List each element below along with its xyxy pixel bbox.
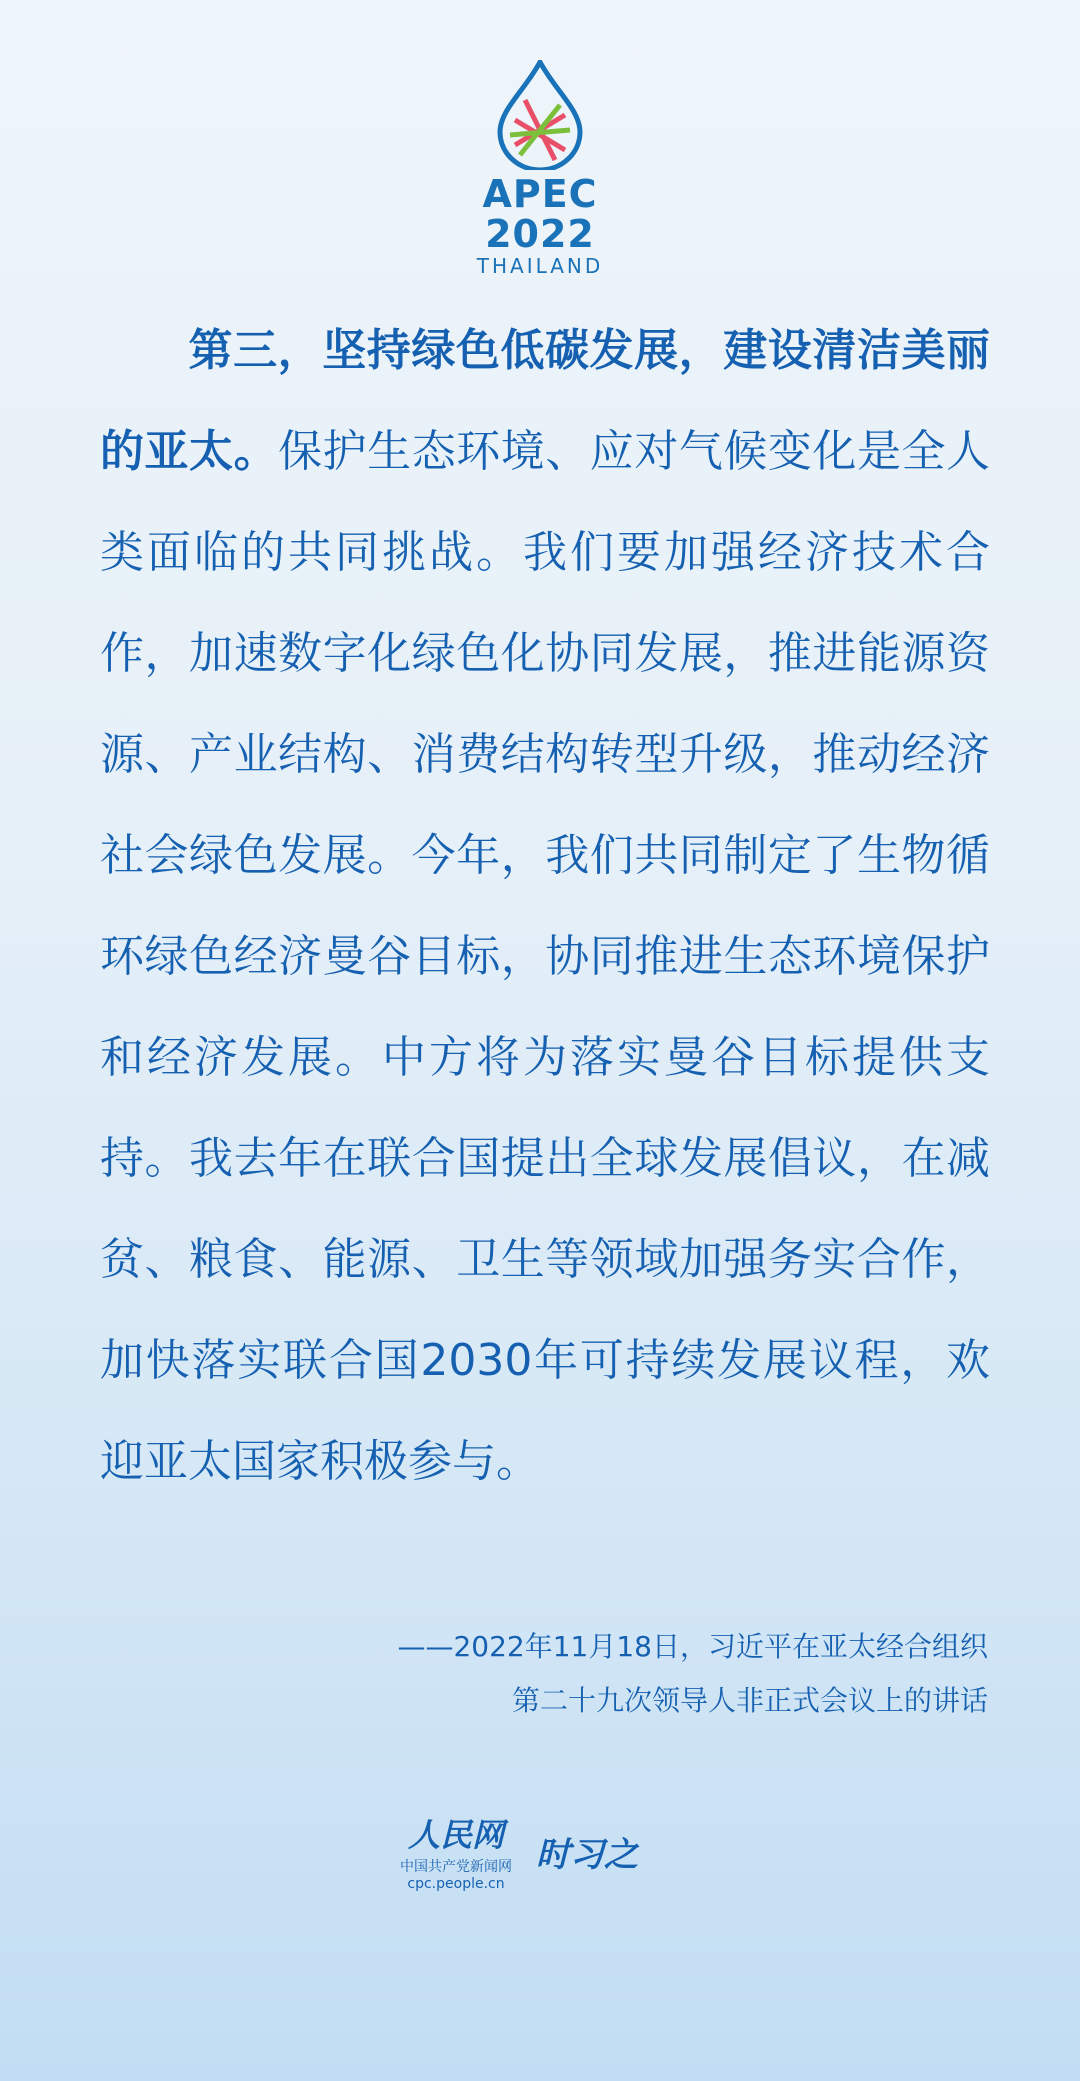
quote-source: ——2022年11月18日，习近平在亚太经合组织 第二十九次领导人非正式会议上的…: [397, 1620, 988, 1728]
people-cn: 人民网: [400, 1810, 512, 1856]
apec-subtitle: THAILAND: [440, 254, 640, 278]
source-line-2: 第二十九次领导人非正式会议上的讲话: [397, 1674, 988, 1728]
people-url: cpc.people.cn: [400, 1876, 512, 1892]
apec-title: APEC 2022: [440, 174, 640, 254]
people-logo: 人民网 中国共产党新闻网 cpc.people.cn: [400, 1810, 512, 1892]
brand-logo: 时习之: [536, 1827, 638, 1876]
apec-drop-icon: [495, 60, 585, 170]
quote-body: 第三，坚持绿色低碳发展，建设清洁美丽的亚太。保护生态环境、应对气候变化是全人类面…: [100, 300, 990, 1512]
apec-logo: APEC 2022 THAILAND: [440, 60, 640, 278]
footer-logos: 人民网 中国共产党新闻网 cpc.people.cn 时习之: [400, 1810, 638, 1892]
source-line-1: ——2022年11月18日，习近平在亚太经合组织: [397, 1620, 988, 1674]
quote-text: 保护生态环境、应对气候变化是全人类面临的共同挑战。我们要加强经济技术合作，加速数…: [100, 426, 990, 1487]
people-sub: 中国共产党新闻网: [400, 1856, 512, 1876]
